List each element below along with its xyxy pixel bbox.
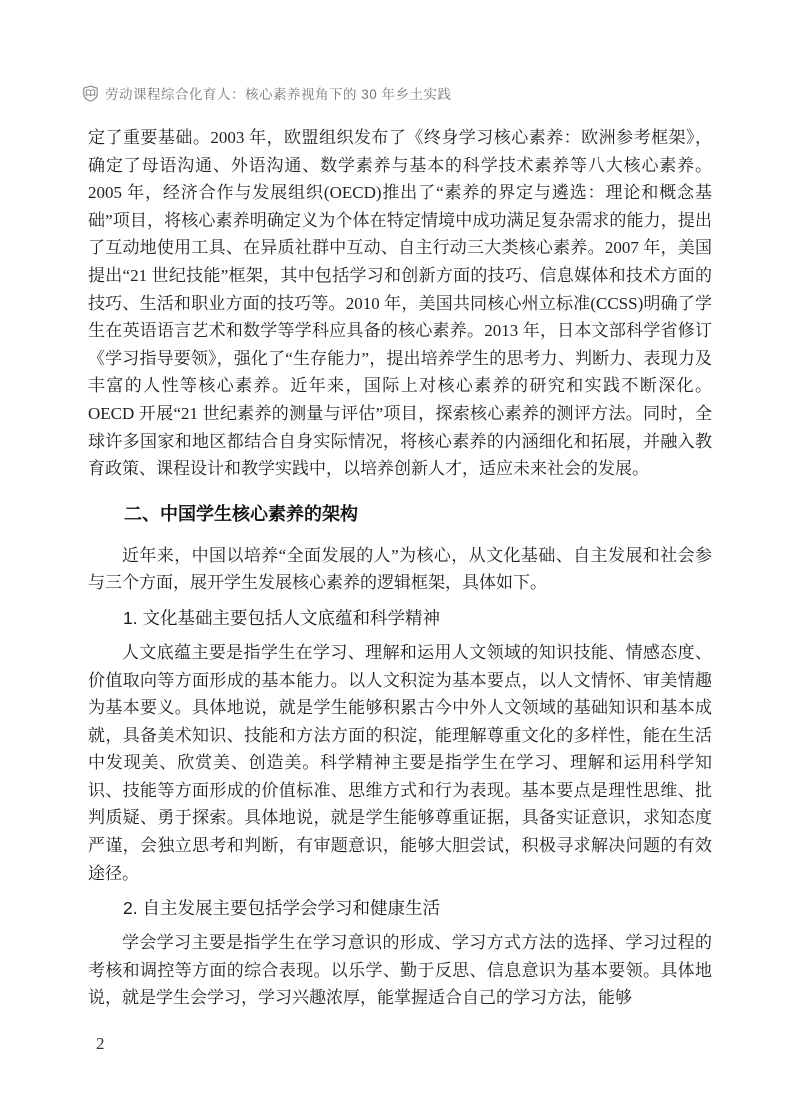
- paragraph-international-competency: 定了重要基础。2003 年，欧盟组织发布了《终身学习核心素养：欧洲参考框架》，确…: [88, 124, 712, 483]
- subsection-heading-self-development: 2. 自主发展主要包括学会学习和健康生活: [88, 896, 712, 921]
- paragraph-cultural-foundation: 人文底蕴主要是指学生在学习、理解和运用人文领域的知识技能、情感态度、价值取向等方…: [88, 639, 712, 887]
- subsection-heading-cultural-foundation: 1. 文化基础主要包括人文底蕴和科学精神: [88, 606, 712, 631]
- section-heading-china-core-competency: 二、中国学生核心素养的架构: [88, 502, 712, 527]
- open-book-shield-icon: [82, 85, 99, 102]
- paragraph-self-development: 学会学习主要是指学生在学习意识的形成、学习方式方法的选择、学习过程的考核和调控等…: [88, 929, 712, 1012]
- page-number: 2: [96, 1034, 105, 1054]
- running-title: 劳动课程综合化育人：核心素养视角下的 30 年乡土实践: [105, 83, 452, 103]
- page-content: 定了重要基础。2003 年，欧盟组织发布了《终身学习核心素养：欧洲参考框架》，确…: [88, 124, 712, 1012]
- book-page: 劳动课程综合化育人：核心素养视角下的 30 年乡土实践 定了重要基础。2003 …: [0, 0, 799, 1118]
- running-header: 劳动课程综合化育人：核心素养视角下的 30 年乡土实践: [82, 83, 711, 103]
- paragraph-china-framework: 近年来，中国以培养“全面发展的人”为核心，从文化基础、自主发展和社会参与三个方面…: [88, 542, 712, 597]
